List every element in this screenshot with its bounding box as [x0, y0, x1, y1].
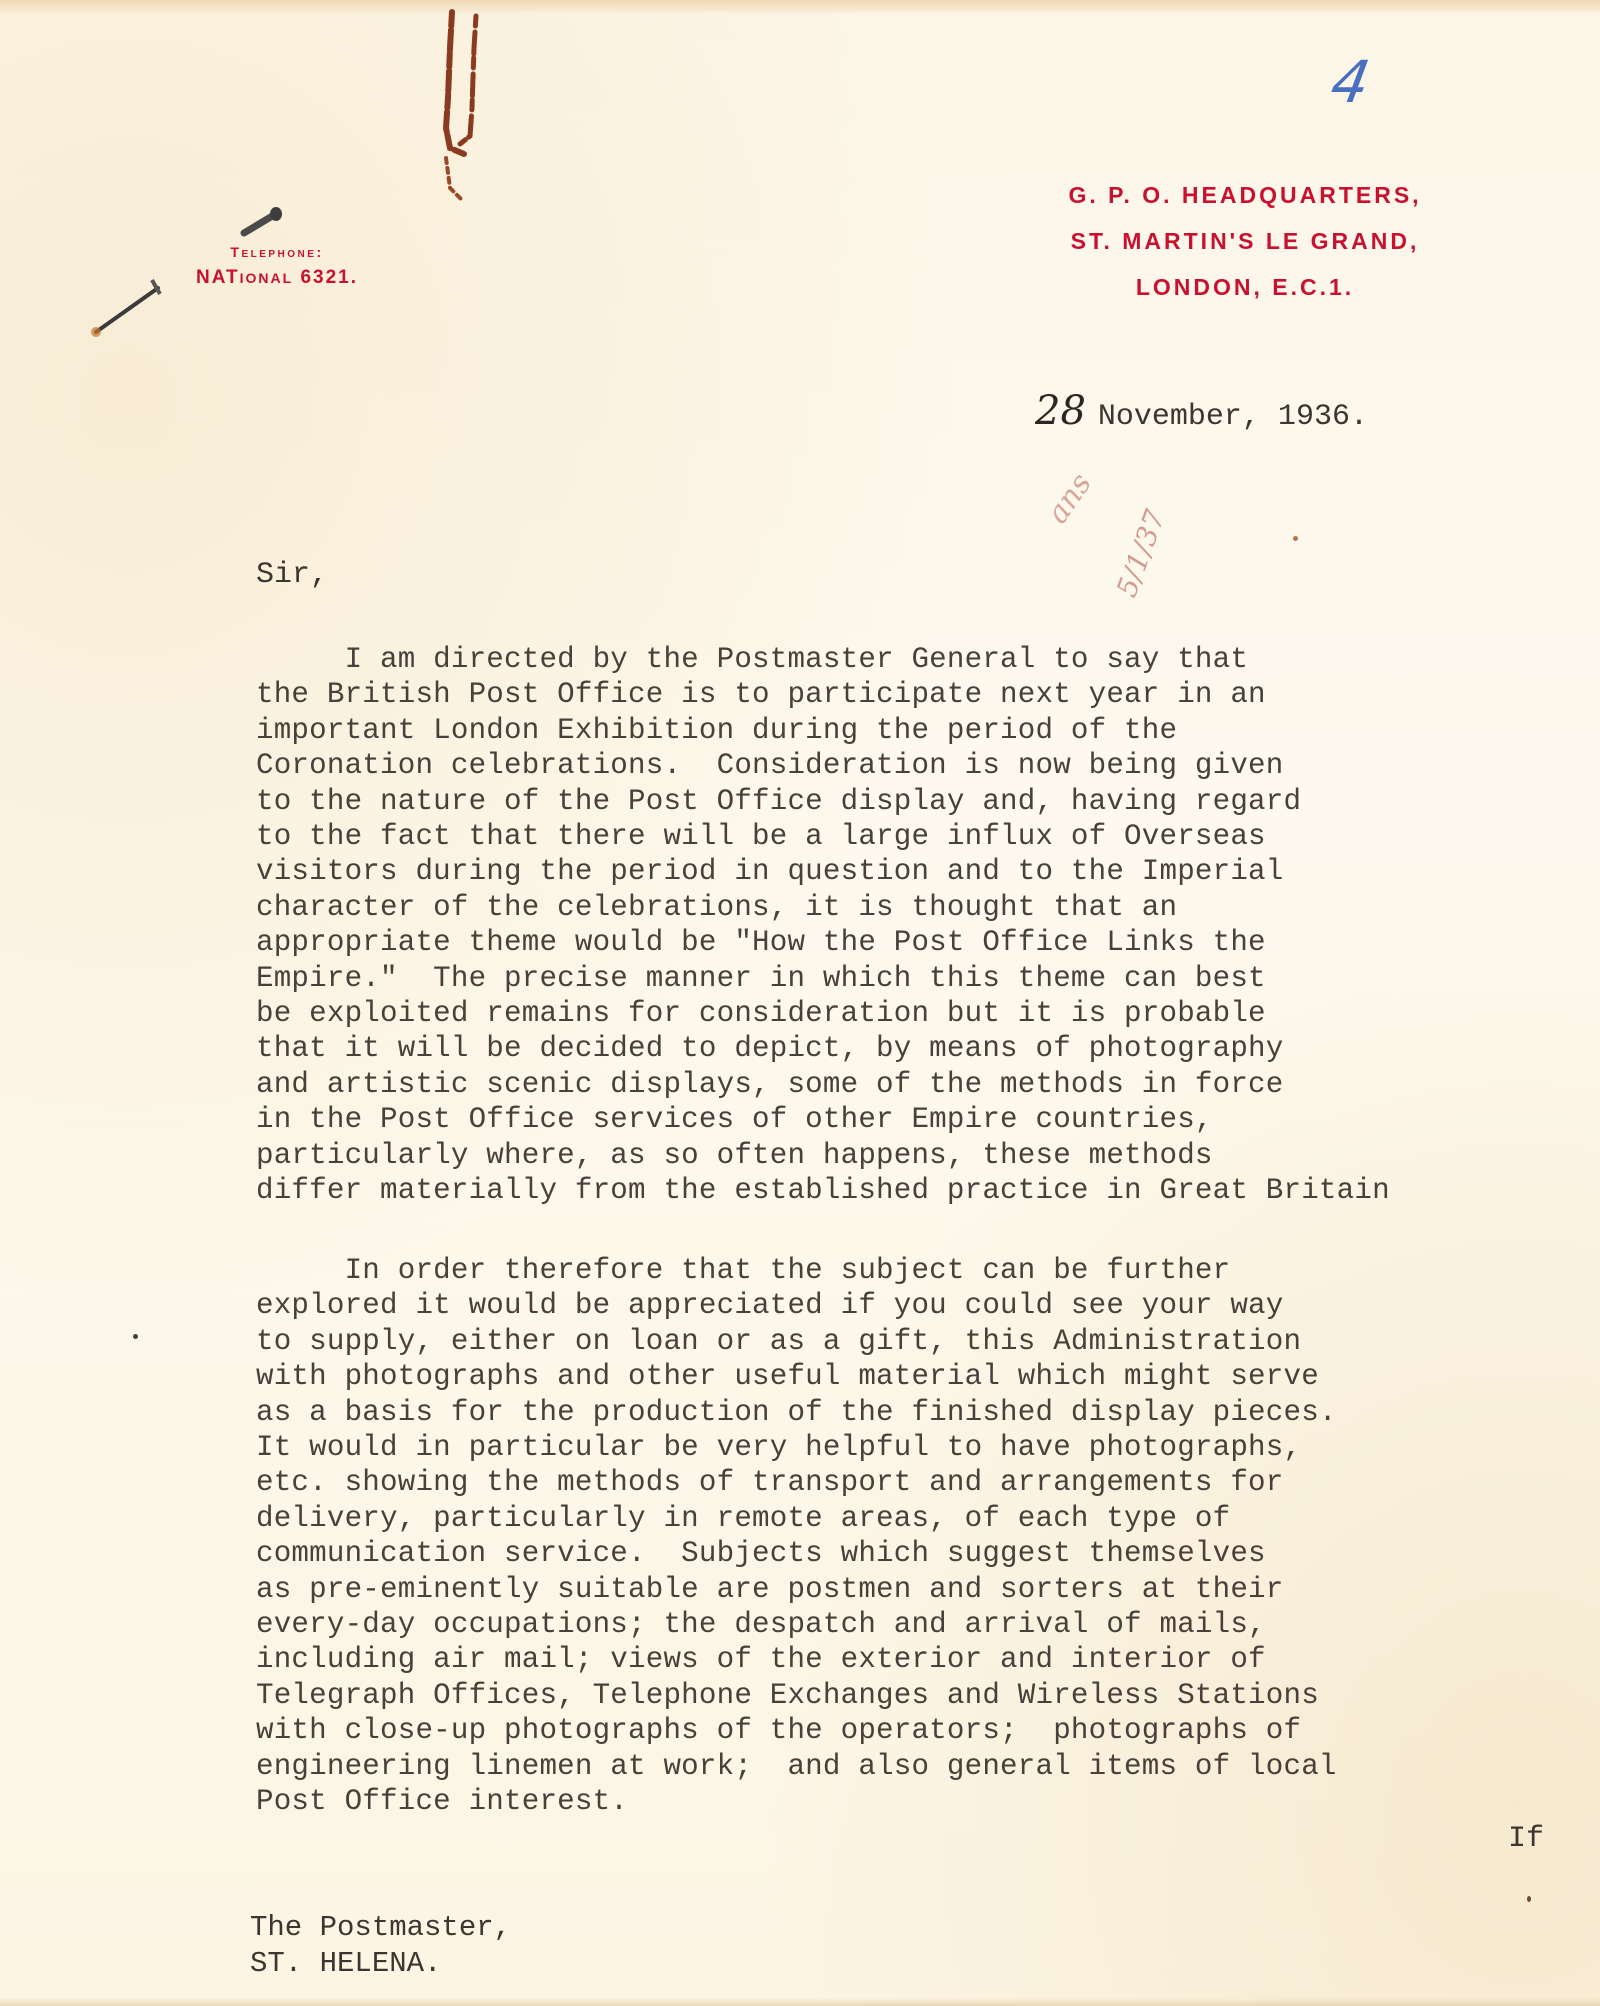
paragraph-line: delivery, particularly in remote areas, …	[256, 1501, 1576, 1536]
letterhead-address: G. P. O. HEADQUARTERS, ST. MARTIN'S LE G…	[1035, 172, 1455, 310]
telephone-exchange-caps: NAT	[196, 267, 240, 288]
paragraph-line: differ materially from the established p…	[256, 1173, 1576, 1208]
marginal-annotation: ans	[1040, 467, 1099, 530]
paragraph-line: important London Exhibition during the p…	[256, 713, 1576, 748]
letter-date: 28November, 1936.	[1035, 388, 1368, 434]
paragraph-line: visitors during the period in question a…	[256, 854, 1576, 889]
telephone-exchange-rest: ional	[240, 270, 294, 286]
pin-icon	[88, 270, 168, 340]
paragraph-line: with close-up photographs of the operato…	[256, 1713, 1576, 1748]
stain-dot	[1527, 1896, 1531, 1902]
paragraph-line: that it will be decided to depict, by me…	[256, 1031, 1576, 1066]
pin-icon	[238, 205, 288, 240]
body-paragraph-1: I am directed by the Postmaster General …	[256, 642, 1576, 1209]
telephone-digits: 6321.	[300, 267, 358, 288]
addressee-line: The Postmaster,	[250, 1910, 511, 1946]
telephone-number: NATional 6321.	[196, 264, 358, 292]
paragraph-line: as pre-eminently suitable are postmen an…	[256, 1572, 1576, 1607]
page-number-handwritten: 4	[1326, 48, 1375, 116]
address-line: G. P. O. HEADQUARTERS,	[1035, 172, 1455, 218]
paper-top-edge	[0, 0, 1600, 14]
date-typed: November, 1936.	[1098, 400, 1368, 434]
paragraph-line: communication service. Subjects which su…	[256, 1536, 1576, 1571]
date-day-handwritten: 28	[1035, 388, 1086, 434]
letter-paper: 4 Telephone: NATional 6321. G. P. O. HEA…	[0, 0, 1600, 2006]
paragraph-line: to the nature of the Post Office display…	[256, 784, 1576, 819]
catchword: If	[1508, 1822, 1544, 1856]
paragraph-line: every-day occupations; the despatch and …	[256, 1607, 1576, 1642]
paragraph-line: I am directed by the Postmaster General …	[256, 642, 1576, 677]
paragraph-line: in the Post Office services of other Emp…	[256, 1102, 1576, 1137]
telephone-label: Telephone:	[196, 240, 358, 264]
body-paragraph-2: In order therefore that the subject can …	[256, 1253, 1576, 1820]
paragraph-line: In order therefore that the subject can …	[256, 1253, 1576, 1288]
paragraph-line: It would in particular be very helpful t…	[256, 1430, 1576, 1465]
marginal-annotation-date: 5/1/37	[1110, 505, 1172, 601]
paragraph-line: to the fact that there will be a large i…	[256, 819, 1576, 854]
paragraph-line: to supply, either on loan or as a gift, …	[256, 1324, 1576, 1359]
stain-dot	[133, 1334, 138, 1339]
address-line: ST. MARTIN'S LE GRAND,	[1035, 218, 1455, 264]
paragraph-line: explored it would be appreciated if you …	[256, 1288, 1576, 1323]
paragraph-line: etc. showing the methods of transport an…	[256, 1465, 1576, 1500]
paragraph-line: particularly where, as so often happens,…	[256, 1138, 1576, 1173]
paragraph-line: Post Office interest.	[256, 1784, 1576, 1819]
paragraph-line: and artistic scenic displays, some of th…	[256, 1067, 1576, 1102]
stain-dot	[1293, 536, 1298, 541]
addressee-line: ST. HELENA.	[250, 1946, 511, 1982]
paragraph-line: engineering linemen at work; and also ge…	[256, 1749, 1576, 1784]
paragraph-line: be exploited remains for consideration b…	[256, 996, 1576, 1031]
salutation: Sir,	[256, 558, 328, 592]
paragraph-line: Empire." The precise manner in which thi…	[256, 961, 1576, 996]
paragraph-line: character of the celebrations, it is tho…	[256, 890, 1576, 925]
paragraph-line: Coronation celebrations. Consideration i…	[256, 748, 1576, 783]
paragraph-line: appropriate theme would be "How the Post…	[256, 925, 1576, 960]
paragraph-line: including air mail; views of the exterio…	[256, 1642, 1576, 1677]
paragraph-line: the British Post Office is to participat…	[256, 677, 1576, 712]
paragraph-line: with photographs and other useful materi…	[256, 1359, 1576, 1394]
address-line: LONDON, E.C.1.	[1035, 264, 1455, 310]
paper-bottom-edge	[0, 1998, 1600, 2006]
paragraph-line: as a basis for the production of the fin…	[256, 1395, 1576, 1430]
addressee: The Postmaster, ST. HELENA.	[250, 1910, 511, 1982]
paragraph-line: Telegraph Offices, Telephone Exchanges a…	[256, 1678, 1576, 1713]
letterhead-telephone: Telephone: NATional 6321.	[196, 240, 358, 292]
rust-stain-icon	[430, 8, 510, 208]
